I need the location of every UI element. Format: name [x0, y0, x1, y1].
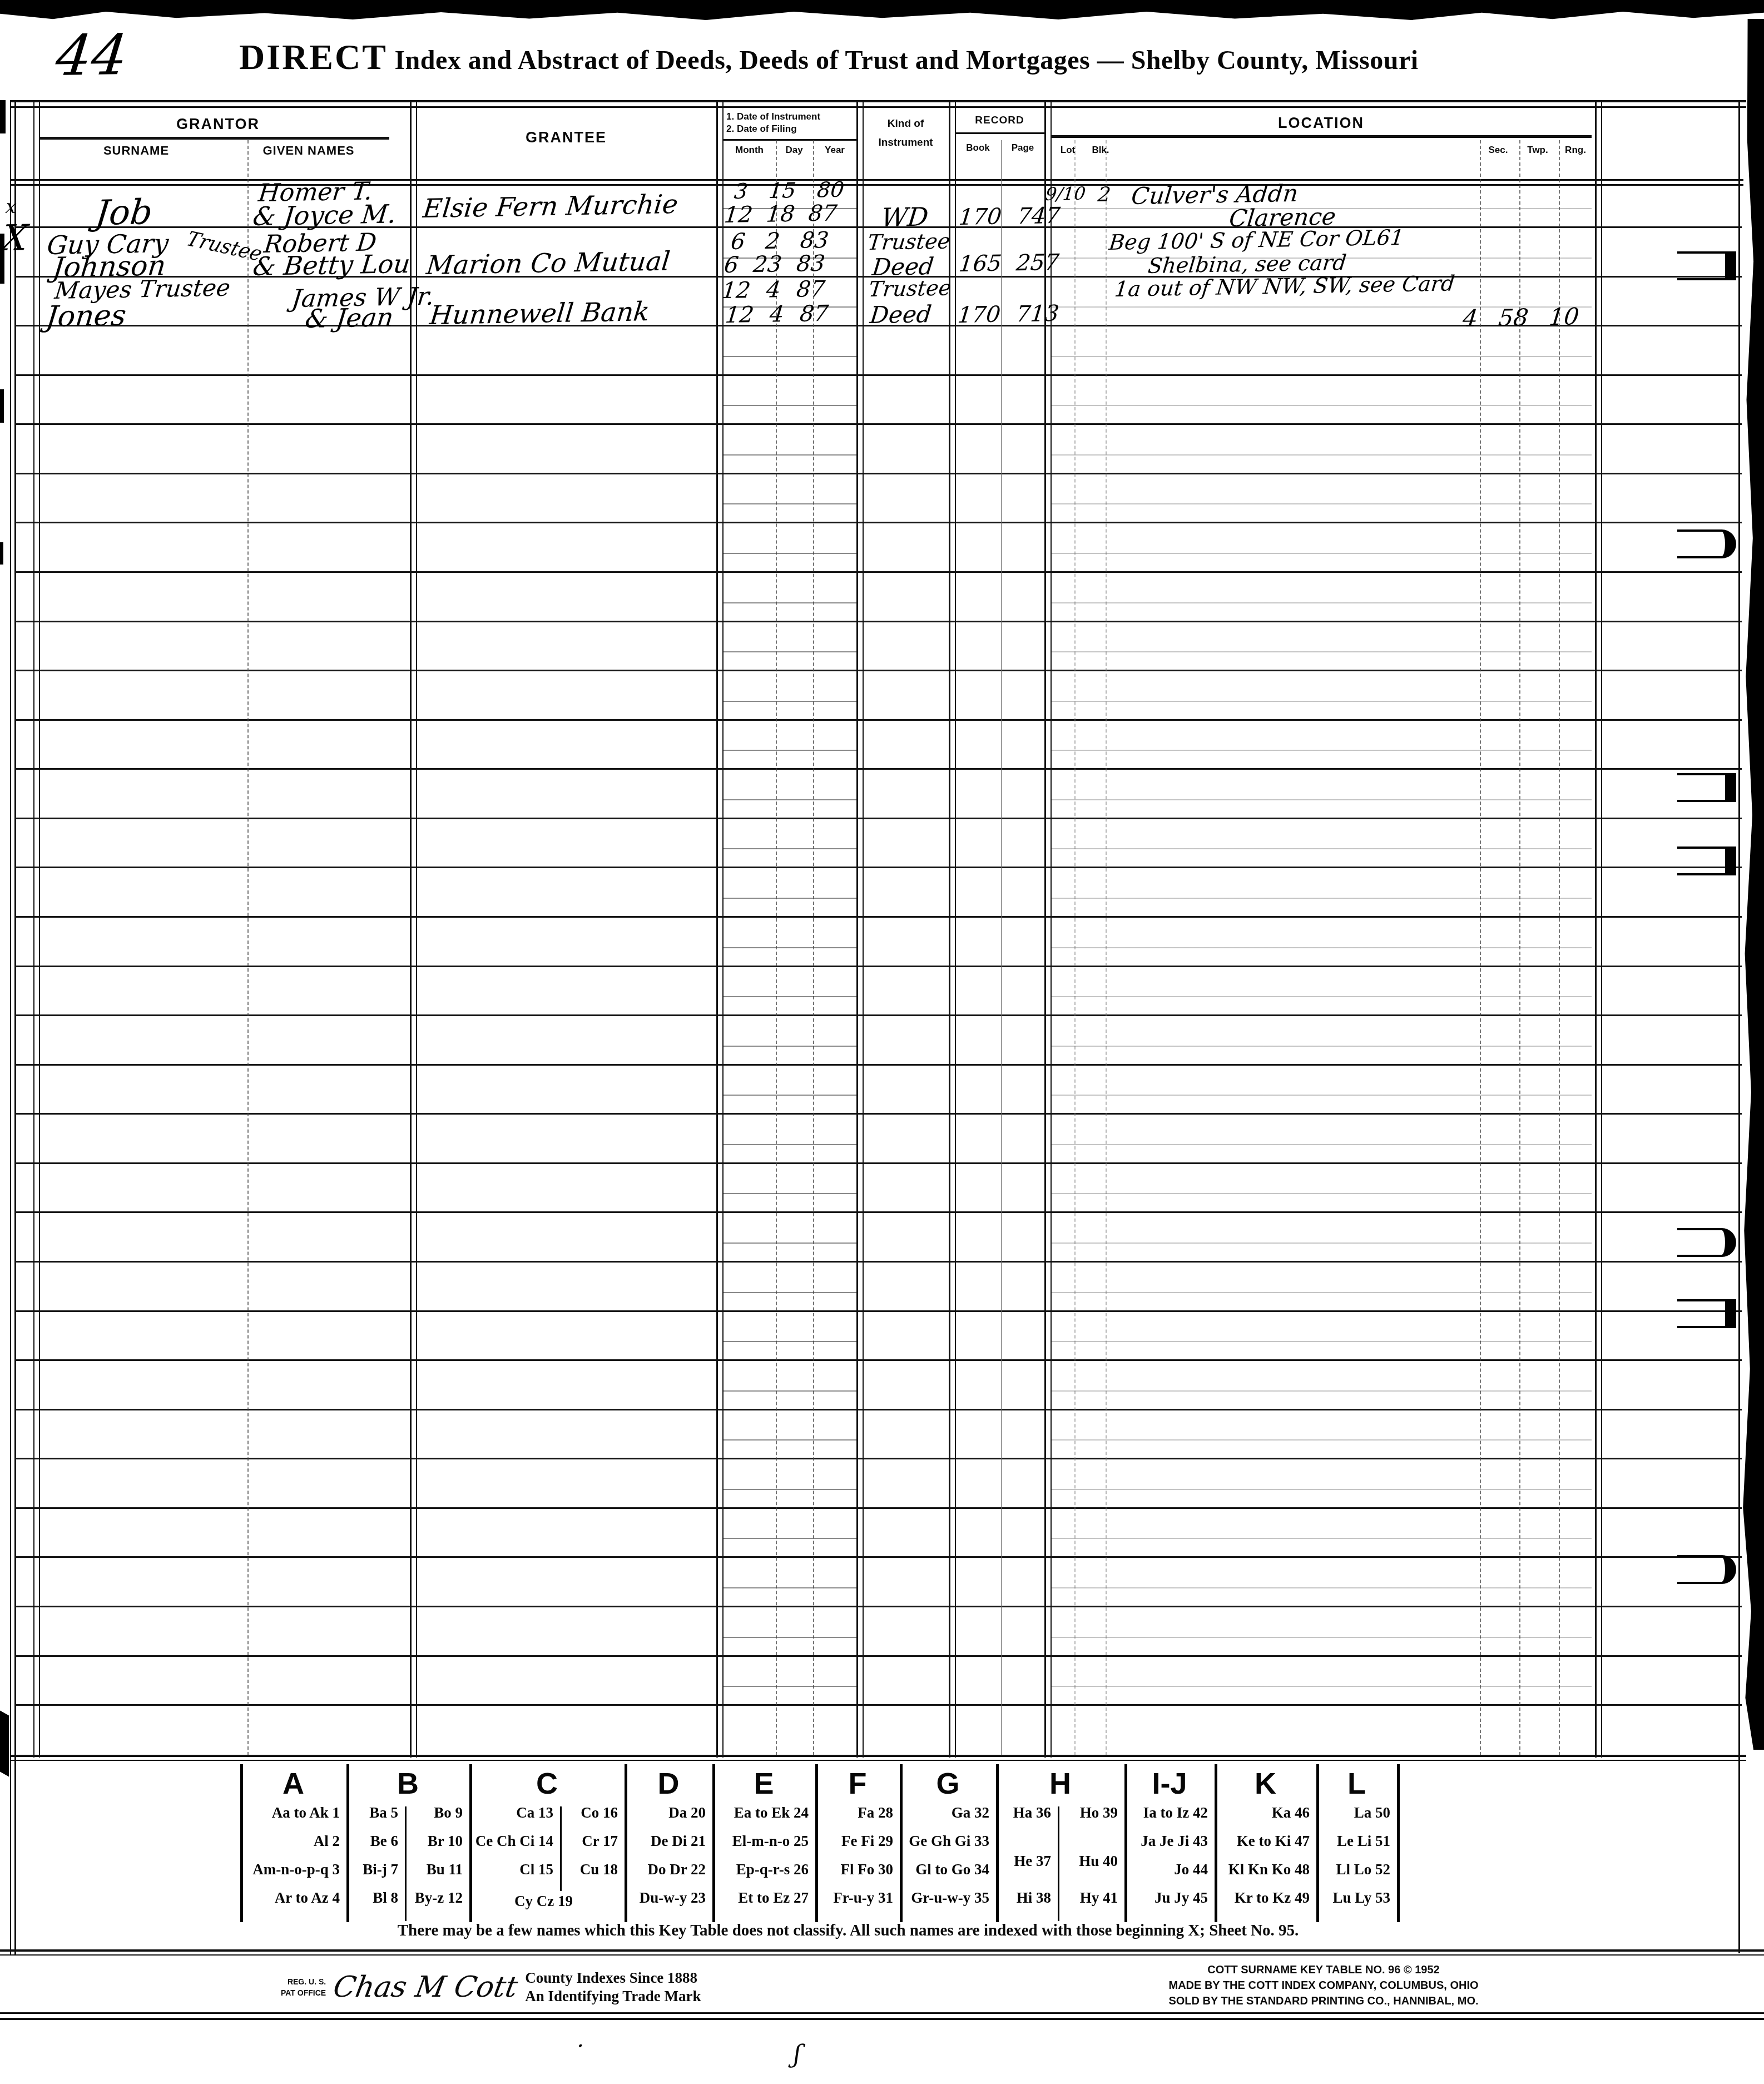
key-cell: Bo 9 [405, 1804, 469, 1833]
key-cell: Fr-u-y 31 [815, 1889, 900, 1918]
record-header: RECORD [955, 115, 1044, 127]
scanned-ledger-page: 44 DIRECT Index and Abstract of Deeds, D… [0, 0, 1764, 2084]
rule [0, 2012, 1764, 2014]
imprint-block: COTT SURNAME KEY TABLE NO. 96 © 1952 MAD… [1129, 1962, 1518, 2009]
record-3-date-instrument: 12 4 87 [721, 276, 826, 304]
key-cell: Ge Gh Gi 33 [900, 1833, 996, 1861]
key-col-b: B Ba 5 Be 6 Bi-j 7 Bl 8 Bo 9 Br 10 Bu 11… [346, 1764, 469, 1921]
key-letter: K [1215, 1764, 1316, 1804]
scan-speck [0, 542, 3, 565]
page-left-border [14, 100, 16, 1955]
key-cell: Bu 11 [405, 1861, 469, 1889]
key-cell: Al 2 [240, 1833, 346, 1861]
rng-divider [1559, 140, 1560, 1755]
kind-of-header: Kind of [863, 118, 949, 130]
surname-given-divider [247, 140, 249, 1755]
page-number: 44 [53, 22, 131, 88]
key-cell: Kr to Kz 49 [1215, 1889, 1316, 1918]
key-cell: Ke to Ki 47 [1215, 1833, 1316, 1861]
lot-header: Lot [1053, 145, 1082, 156]
record-3-surname: Jones [44, 299, 128, 334]
key-cell: Hy 41 [1058, 1889, 1124, 1918]
key-cell: Ju Jy 45 [1124, 1889, 1215, 1918]
record-1-lot: 9/10 [1044, 183, 1087, 205]
key-cell: Aa to Ak 1 [240, 1804, 346, 1833]
binder-mark [1677, 251, 1736, 280]
scan-speck [0, 1710, 9, 1776]
key-col-d: D Da 20 De Di 21 Do Dr 22 Du-w-y 23 [625, 1764, 712, 1921]
key-cell: Hu 40 [1058, 1833, 1124, 1889]
page-header: Page [1001, 142, 1044, 154]
rule [39, 101, 40, 1758]
rule [10, 1755, 1746, 1757]
record-2-date-filing: 6 23 83 [723, 251, 826, 278]
rule [1397, 1764, 1400, 1922]
sec-divider [1480, 140, 1481, 1755]
record-2-grantee: Marion Co Mutual [425, 246, 672, 281]
key-cell: Am-n-o-p-q 3 [240, 1861, 346, 1889]
key-cell: Cl 15 [469, 1861, 560, 1889]
grantee-header: GRANTEE [416, 129, 716, 146]
key-cell: Le Li 51 [1316, 1833, 1397, 1861]
given-names-header: GIVEN NAMES [217, 143, 400, 158]
key-table-note: There may be a few names which this Key … [239, 1922, 1457, 1940]
key-cell: Fa 28 [815, 1804, 900, 1833]
imprint-line1: COTT SURNAME KEY TABLE NO. 96 © 1952 [1129, 1962, 1518, 1978]
record-3-grantee: Hunnewell Bank [428, 296, 651, 331]
rule [955, 132, 1044, 134]
trademark-block: REG. U. S. PAT OFFICE Chas M Cott County… [281, 1969, 701, 2006]
rule [1051, 101, 1052, 1758]
page-left-border [10, 100, 11, 1955]
rule [1051, 135, 1592, 138]
key-subcols: Ba 5 Be 6 Bi-j 7 Bl 8 Bo 9 Br 10 Bu 11 B… [346, 1804, 469, 1918]
record-3-given-line2: & Jean [304, 302, 395, 334]
blk-divider [1106, 140, 1107, 1755]
page-title: DIRECT Index and Abstract of Deeds, Deed… [239, 37, 1393, 78]
binder-mark [1677, 1228, 1736, 1257]
key-cell: Ho 39 [1058, 1804, 1124, 1833]
key-subcol: Ha 36 He 37 Hi 38 [996, 1804, 1058, 1918]
key-cell: Ia to Iz 42 [1124, 1804, 1215, 1833]
day-year-divider [813, 140, 814, 1755]
trademark-line1: County Indexes Since 1888 [525, 1969, 701, 1987]
reg-line2: PAT OFFICE [281, 1987, 326, 1998]
key-col-h: H Ha 36 He 37 Hi 38 Ho 39 Hu 40 Hy 41 [996, 1764, 1124, 1921]
record-3-sec-twp-rng: 4 58 10 [1461, 303, 1580, 332]
binder-mark [1677, 1299, 1736, 1328]
key-cell: He 37 [996, 1833, 1058, 1889]
rule [0, 2018, 1764, 2020]
key-col-c: C Ca 13 Ce Ch Ci 14 Cl 15 Co 16 Cr 17 Cu… [469, 1764, 625, 1921]
record-1-date-filing: 12 18 87 [723, 200, 838, 228]
page-title-lead: DIRECT [239, 37, 388, 77]
key-cell: Cr 17 [560, 1833, 625, 1861]
key-letter: I-J [1124, 1764, 1215, 1804]
key-cell: Jo 44 [1124, 1861, 1215, 1889]
record-1-blk: 2 [1097, 184, 1112, 206]
key-cell: By-z 12 [405, 1889, 469, 1918]
record-1-surname: Job [93, 191, 155, 233]
torn-paper-edge-top [0, 0, 1764, 21]
key-col-g: G Ga 32 Ge Gh Gi 33 Gl to Go 34 Gr-u-w-y… [900, 1764, 996, 1921]
page-title-rest: Index and Abstract of Deeds, Deeds of Tr… [388, 46, 1419, 75]
imprint-line2: MADE BY THE COTT INDEX COMPANY, COLUMBUS… [1129, 1978, 1518, 1993]
key-col-ij: I-J Ia to Iz 42 Ja Je Ji 43 Jo 44 Ju Jy … [1124, 1764, 1215, 1921]
date-mid-row-lines [722, 185, 856, 1706]
record-1-given-line2: & Joyce M. [251, 199, 398, 231]
key-cell: Be 6 [346, 1833, 405, 1861]
binder-mark [1677, 847, 1736, 875]
key-cell: Br 10 [405, 1833, 469, 1861]
grantor-grantee-divider [410, 101, 412, 1758]
rule [416, 101, 417, 1758]
key-cell: Ar to Az 4 [240, 1889, 346, 1918]
key-col-a: A Aa to Ak 1 Al 2 Am-n-o-p-q 3 Ar to Az … [240, 1764, 346, 1921]
book-page-divider [1001, 140, 1002, 1755]
key-cell: Bi-j 7 [346, 1861, 405, 1889]
blk-header: Blk. [1083, 145, 1118, 156]
month-day-divider [776, 140, 777, 1755]
rule [863, 101, 864, 1758]
rule [10, 100, 1746, 102]
binder-mark [1677, 1555, 1736, 1584]
key-cell: Co 16 [560, 1804, 625, 1833]
rule [40, 137, 389, 140]
key-letter: A [240, 1764, 346, 1804]
rng-header: Rng. [1557, 145, 1594, 156]
key-cell: Gr-u-w-y 35 [900, 1889, 996, 1918]
key-subcols: Ha 36 He 37 Hi 38 Ho 39 Hu 40 Hy 41 [996, 1804, 1124, 1918]
key-letter: L [1316, 1764, 1397, 1804]
surname-header: SURNAME [53, 143, 220, 158]
key-cell: Fe Fi 29 [815, 1833, 900, 1861]
location-header: LOCATION [1051, 115, 1592, 132]
key-col-l: L La 50 Le Li 51 Ll Lo 52 Lu Ly 53 [1316, 1764, 1397, 1921]
key-cell: Ba 5 [346, 1804, 405, 1833]
instrument-header: Instrument [863, 137, 949, 149]
sec-header: Sec. [1478, 145, 1518, 156]
key-col-f: F Fa 28 Fe Fi 29 Fl Fo 30 Fr-u-y 31 [815, 1764, 900, 1921]
key-cell: Ca 13 [469, 1804, 560, 1833]
key-cell: Ka 46 [1215, 1804, 1316, 1833]
key-subcol: Bo 9 Br 10 Bu 11 By-z 12 [405, 1804, 469, 1918]
rule [722, 139, 856, 141]
record-1-book-page: 170 747 [958, 203, 1062, 230]
key-subcols: Ca 13 Ce Ch Ci 14 Cl 15 Co 16 Cr 17 Cu 1… [469, 1804, 625, 1889]
location-mid-row-lines [1051, 185, 1592, 1706]
reg-line1: REG. U. S. [281, 1976, 326, 1987]
key-letter: G [900, 1764, 996, 1804]
key-cell: Fl Fo 30 [815, 1861, 900, 1889]
key-cell: Bl 8 [346, 1889, 405, 1918]
rule [33, 101, 34, 1758]
imprint-line3: SOLD BY THE STANDARD PRINTING CO., HANNI… [1129, 1993, 1518, 2009]
key-letter: F [815, 1764, 900, 1804]
key-letter: H [996, 1764, 1124, 1804]
month-header: Month [723, 145, 776, 156]
record-location-divider [1044, 101, 1046, 1758]
record-3-kind-line1: Trustee [868, 275, 953, 301]
record-1-grantee: Elsie Fern Murchie [422, 189, 680, 224]
rule [10, 106, 1746, 108]
scan-speck [0, 389, 4, 423]
key-subcol: Ba 5 Be 6 Bi-j 7 Bl 8 [346, 1804, 405, 1918]
trademark-text: County Indexes Since 1888 An Identifying… [525, 1969, 701, 2006]
rule [0, 1949, 1764, 1952]
key-cell: Cu 18 [560, 1861, 625, 1889]
day-header: Day [776, 145, 812, 156]
grantee-date-divider [716, 101, 718, 1758]
key-cell: Ha 36 [996, 1804, 1058, 1833]
trademark-line2: An Identifying Trade Mark [525, 1987, 701, 2006]
margin-mark-big: X [0, 217, 29, 259]
key-cell-span: Cy Cz 19 [469, 1893, 625, 1921]
key-cell: Lu Ly 53 [1316, 1889, 1397, 1918]
book-header: Book [955, 142, 1001, 154]
record-1-date-instrument: 3 15 80 [733, 177, 845, 204]
date-kind-divider [856, 101, 858, 1758]
binder-mark [1677, 773, 1736, 802]
key-cell: Kl Kn Ko 48 [1215, 1861, 1316, 1889]
binder-mark [1677, 529, 1736, 558]
record-1-kind: WD [880, 202, 930, 232]
key-cell: Du-w-y 23 [625, 1889, 712, 1918]
rule [955, 101, 956, 1758]
key-cell: Ll Lo 52 [1316, 1861, 1397, 1889]
key-cell: Da 20 [625, 1804, 712, 1833]
lot-divider [1074, 140, 1076, 1755]
key-col-e: E Ea to Ek 24 El-m-n-o 25 Ep-q-r-s 26 Et… [712, 1764, 815, 1921]
record-2-book-page: 165 257 [958, 250, 1061, 277]
rule [722, 101, 724, 1758]
scan-speck [0, 100, 6, 133]
key-cell: Do Dr 22 [625, 1861, 712, 1889]
key-cell: Et to Ez 27 [712, 1889, 815, 1918]
key-cell: Ce Ch Ci 14 [469, 1833, 560, 1861]
stray-dot: · [576, 2033, 586, 2059]
rule [1601, 101, 1602, 1758]
kind-record-divider [949, 101, 950, 1758]
date-of-instrument-header: 1. Date of Instrument [726, 111, 854, 122]
cott-signature: Chas M Cott [331, 1971, 521, 2004]
key-cell: Ep-q-r-s 26 [712, 1861, 815, 1889]
key-cell: Ea to Ek 24 [712, 1804, 815, 1833]
key-letter: C [469, 1764, 625, 1804]
key-cell: Hi 38 [996, 1889, 1058, 1918]
key-cell: De Di 21 [625, 1833, 712, 1861]
key-cell: Gl to Go 34 [900, 1861, 996, 1889]
reg-pat-office: REG. U. S. PAT OFFICE [281, 1976, 326, 1998]
record-3-kind-line2: Deed [869, 300, 933, 329]
key-letter: B [346, 1764, 469, 1804]
record-2-kind-line1: Trustee [866, 229, 952, 255]
key-letter: D [625, 1764, 712, 1804]
year-header: Year [814, 145, 856, 156]
page-right-border [1738, 101, 1740, 1953]
key-letter: E [712, 1764, 815, 1804]
key-cell: La 50 [1316, 1804, 1397, 1833]
torn-paper-edge-right [1741, 19, 1764, 1750]
key-cell: Ga 32 [900, 1804, 996, 1833]
record-2-location-line1: Beg 100' S of NE Cor OL61 [1108, 225, 1405, 255]
key-cell: El-m-n-o 25 [712, 1833, 815, 1861]
grantor-header: GRANTOR [40, 116, 396, 133]
rule [10, 1760, 1746, 1761]
key-subcol: Co 16 Cr 17 Cu 18 [560, 1804, 625, 1889]
key-col-k: K Ka 46 Ke to Ki 47 Kl Kn Ko 48 Kr to Kz… [1215, 1764, 1316, 1921]
record-3-date-filing: 12 4 87 [724, 301, 830, 328]
key-subcol: Ca 13 Ce Ch Ci 14 Cl 15 [469, 1804, 560, 1889]
twp-header: Twp. [1518, 145, 1558, 156]
rule [0, 1954, 1764, 1956]
twp-divider [1519, 140, 1520, 1755]
record-3-book-page: 170 713 [957, 301, 1061, 328]
record-2-given-line2: & Betty Lou [251, 249, 412, 281]
key-subcol: Ho 39 Hu 40 Hy 41 [1058, 1804, 1124, 1918]
stray-pen-mark: ʃ [792, 2040, 802, 2068]
location-right-border [1595, 101, 1597, 1758]
key-cell: Ja Je Ji 43 [1124, 1833, 1215, 1861]
date-of-filing-header: 2. Date of Filing [726, 123, 854, 135]
